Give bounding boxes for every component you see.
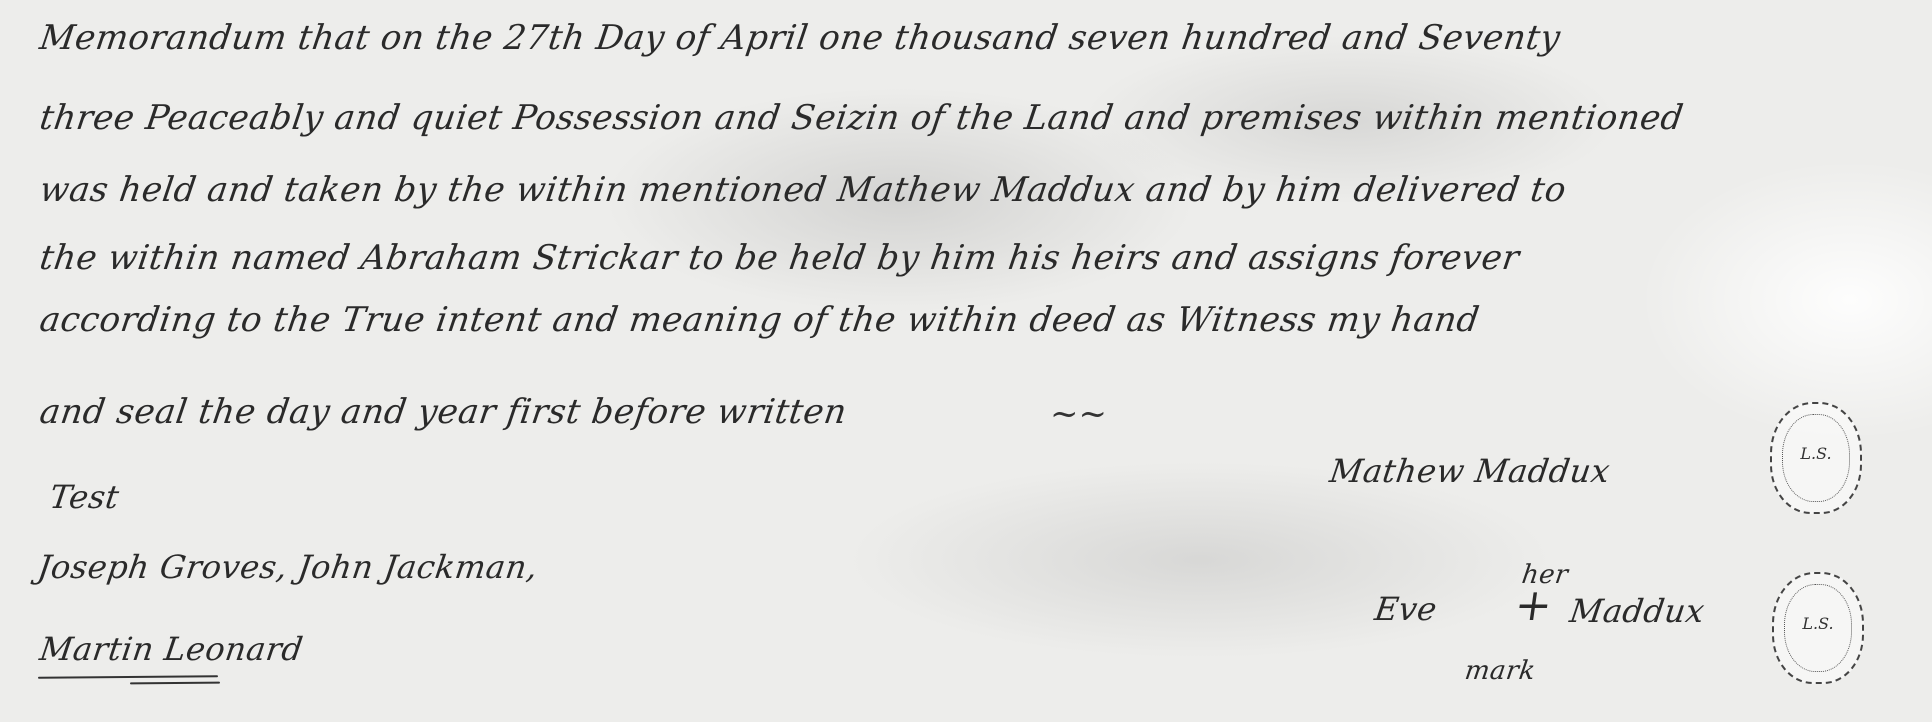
wax-seal-1: L.S.	[1770, 402, 1862, 514]
signature-mathew-maddux: Mathew Maddux	[1327, 452, 1612, 490]
signature-eve-first: Eve	[1372, 590, 1439, 628]
signature-underline	[38, 675, 218, 679]
flourish-mark: ~~	[1050, 394, 1107, 434]
witness-line-1: Joseph Groves, John Jackman,	[35, 548, 540, 586]
memorandum-line-6: and seal the day and year first before w…	[37, 392, 849, 432]
signature-underline-2	[130, 682, 220, 685]
memorandum-line-4: the within named Abraham Strickar to be …	[37, 238, 1522, 278]
signature-mark-symbol: +	[1511, 580, 1556, 631]
signature-eve-last: Maddux	[1567, 592, 1707, 630]
seal-label: L.S.	[1772, 444, 1860, 463]
memorandum-line-3: was held and taken by the within mention…	[37, 170, 1569, 210]
memorandum-line-1: Memorandum that on the 27th Day of April…	[37, 18, 1563, 58]
memorandum-line-5: according to the True intent and meaning…	[37, 300, 1482, 340]
test-label: Test	[47, 478, 121, 516]
witness-line-2: Martin Leonard	[37, 630, 305, 668]
wax-seal-2: L.S.	[1772, 572, 1864, 684]
document-page: Memorandum that on the 27th Day of April…	[0, 0, 1932, 722]
signature-mark-label: mark	[1463, 656, 1538, 686]
seal-label: L.S.	[1774, 614, 1862, 633]
memorandum-line-2: three Peaceably and quiet Possession and…	[37, 98, 1686, 138]
